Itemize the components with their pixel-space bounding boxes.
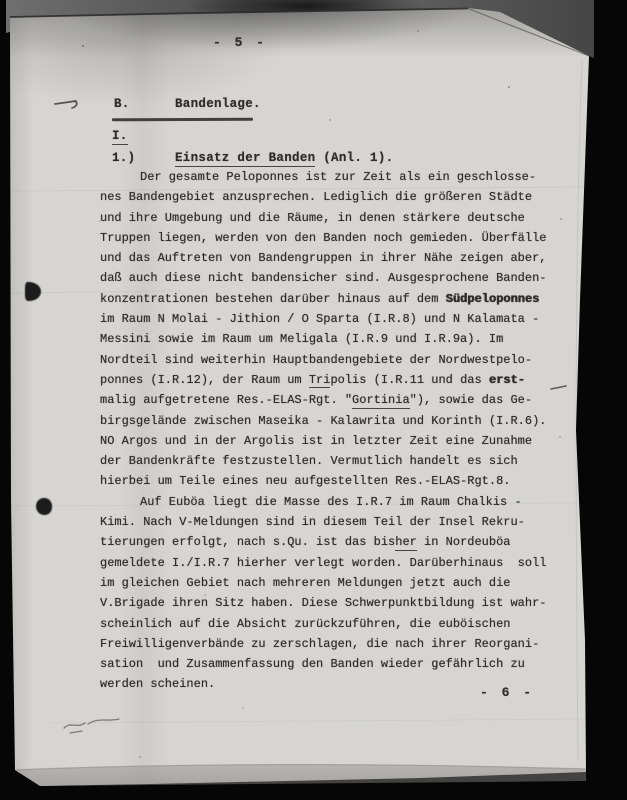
text-line: im gleichen Gebiet nach mehreren Meldung… xyxy=(100,573,570,593)
overstruck-text: erst- xyxy=(489,373,525,387)
text-line: gemeldete I./I.R.7 hierher verlegt worde… xyxy=(100,553,570,573)
page-number-bottom: - 6 - xyxy=(480,685,534,700)
text-line: Nordteil sind weiterhin Hauptbandengebie… xyxy=(100,350,570,370)
text-segment: Messini sowie im Raum um Meligala (I.R.9… xyxy=(100,332,503,346)
text-segment: Auf Euböa liegt die Masse des I.R.7 im R… xyxy=(140,495,522,509)
text-segment: V.Brigade ihren Sitz haben. Diese Schwer… xyxy=(100,596,546,610)
text-line: ponnes (I.R.12), der Raum um Tripolis (I… xyxy=(100,370,570,390)
text-line: scheinlich auf die Absicht zurückzuführe… xyxy=(100,614,570,634)
text-segment: Nordteil sind weiterhin Hauptbandengebie… xyxy=(100,353,532,367)
text-segment: sation und Zusammenfassung den Banden wi… xyxy=(100,657,525,671)
overstruck-text: Südpeloponnes xyxy=(446,292,540,306)
text-line: und das Auftreten von Bandengruppen in i… xyxy=(100,248,570,268)
text-segment: in Nordeuböa xyxy=(417,535,511,549)
text-line: daß auch diese nicht bandensicher sind. … xyxy=(100,268,570,288)
text-segment: konzentrationen bestehen darüber hinaus … xyxy=(100,292,446,306)
text-segment: scheinlich auf die Absicht zurückzuführe… xyxy=(100,617,510,631)
text-segment: gemeldete I./I.R.7 hierher verlegt worde… xyxy=(100,556,546,570)
text-line: sation und Zusammenfassung den Banden wi… xyxy=(100,654,570,674)
text-line: der Bandenkräfte festzustellen. Vermutli… xyxy=(100,451,570,471)
section-title: Bandenlage. xyxy=(175,97,261,111)
text-line: tierungen erfolgt, nach s.Qu. ist das bi… xyxy=(100,532,570,552)
text-line: im Raum N Molai - Jithion / O Sparta (I.… xyxy=(100,309,570,329)
roman-numeral: I. xyxy=(112,129,128,145)
text-segment: hierbei um Teile eines neu aufgestellten… xyxy=(100,474,510,488)
text-segment: birgsgelände zwischen Maseika - Kalawrit… xyxy=(100,414,546,428)
text-line: hierbei um Teile eines neu aufgestellten… xyxy=(100,471,570,491)
item-heading: Einsatz der Banden (Anl. 1). xyxy=(175,151,393,165)
text-segment: und das Auftreten von Bandengruppen in i… xyxy=(100,251,546,265)
section-title-underline xyxy=(112,117,253,120)
text-segment: tierungen erfolgt, nach s.Qu. ist das bi… xyxy=(100,535,395,549)
page-number-top: - 5 - xyxy=(213,35,267,50)
text-line: konzentrationen bestehen darüber hinaus … xyxy=(100,289,570,309)
text-segment: malig aufgetretene Res.-ELAS-Rgt. " xyxy=(100,393,352,407)
document-text-layer: - 5 - B. Bandenlage. I. 1.) Einsatz der … xyxy=(0,0,627,800)
text-segment: im gleichen Gebiet nach mehreren Meldung… xyxy=(100,576,510,590)
text-segment: nes Bandengebiet anzusprechen. Lediglich… xyxy=(100,190,532,204)
text-segment: daß auch diese nicht bandensicher sind. … xyxy=(100,271,546,285)
underlined-text: her xyxy=(395,535,417,551)
text-segment: ponnes (I.R.12), der Raum um xyxy=(100,373,309,387)
text-line: Kimi. Nach V-Meldungen sind in diesem Te… xyxy=(100,512,570,532)
item-title-suffix: (Anl. 1). xyxy=(315,151,393,165)
text-segment: werden scheinen. xyxy=(100,677,215,691)
item-number: 1.) xyxy=(112,151,135,165)
section-letter: B. xyxy=(114,97,130,111)
underlined-text: Tri xyxy=(309,373,331,389)
text-line: birgsgelände zwischen Maseika - Kalawrit… xyxy=(100,411,570,431)
text-line: Messini sowie im Raum um Meligala (I.R.9… xyxy=(100,329,570,349)
text-line: Truppen liegen, werden von den Banden no… xyxy=(100,228,570,248)
text-segment: polis (I.R.11 und das xyxy=(330,373,488,387)
text-segment: der Bandenkräfte festzustellen. Vermutli… xyxy=(100,454,518,468)
text-segment: "), sowie das Ge- xyxy=(410,393,532,407)
text-line: Der gesamte Peloponnes ist zur Zeit als … xyxy=(100,167,570,187)
text-line: Freiwilligenverbände zu zerschlagen, die… xyxy=(100,634,570,654)
item-title: Einsatz der Banden xyxy=(175,151,315,167)
text-line: malig aufgetretene Res.-ELAS-Rgt. "Gorti… xyxy=(100,390,570,410)
text-line: V.Brigade ihren Sitz haben. Diese Schwer… xyxy=(100,593,570,613)
text-segment: NO Argos und in der Argolis ist in letzt… xyxy=(100,434,532,448)
text-line: und ihre Umgebung und die Räume, in dene… xyxy=(100,208,570,228)
text-line: Auf Euböa liegt die Masse des I.R.7 im R… xyxy=(100,492,570,512)
text-segment: Truppen liegen, werden von den Banden no… xyxy=(100,231,546,245)
text-segment: Freiwilligenverbände zu zerschlagen, die… xyxy=(100,637,539,651)
text-segment: Der gesamte Peloponnes ist zur Zeit als … xyxy=(140,170,536,184)
text-line: NO Argos und in der Argolis ist in letzt… xyxy=(100,431,570,451)
text-segment: im Raum N Molai - Jithion / O Sparta (I.… xyxy=(100,312,539,326)
text-segment: Kimi. Nach V-Meldungen sind in diesem Te… xyxy=(100,515,525,529)
body-text: Der gesamte Peloponnes ist zur Zeit als … xyxy=(100,167,570,695)
text-line: nes Bandengebiet anzusprechen. Lediglich… xyxy=(100,187,570,207)
underlined-text: Gortinia xyxy=(352,393,410,409)
text-segment: und ihre Umgebung und die Räume, in dene… xyxy=(100,211,525,225)
